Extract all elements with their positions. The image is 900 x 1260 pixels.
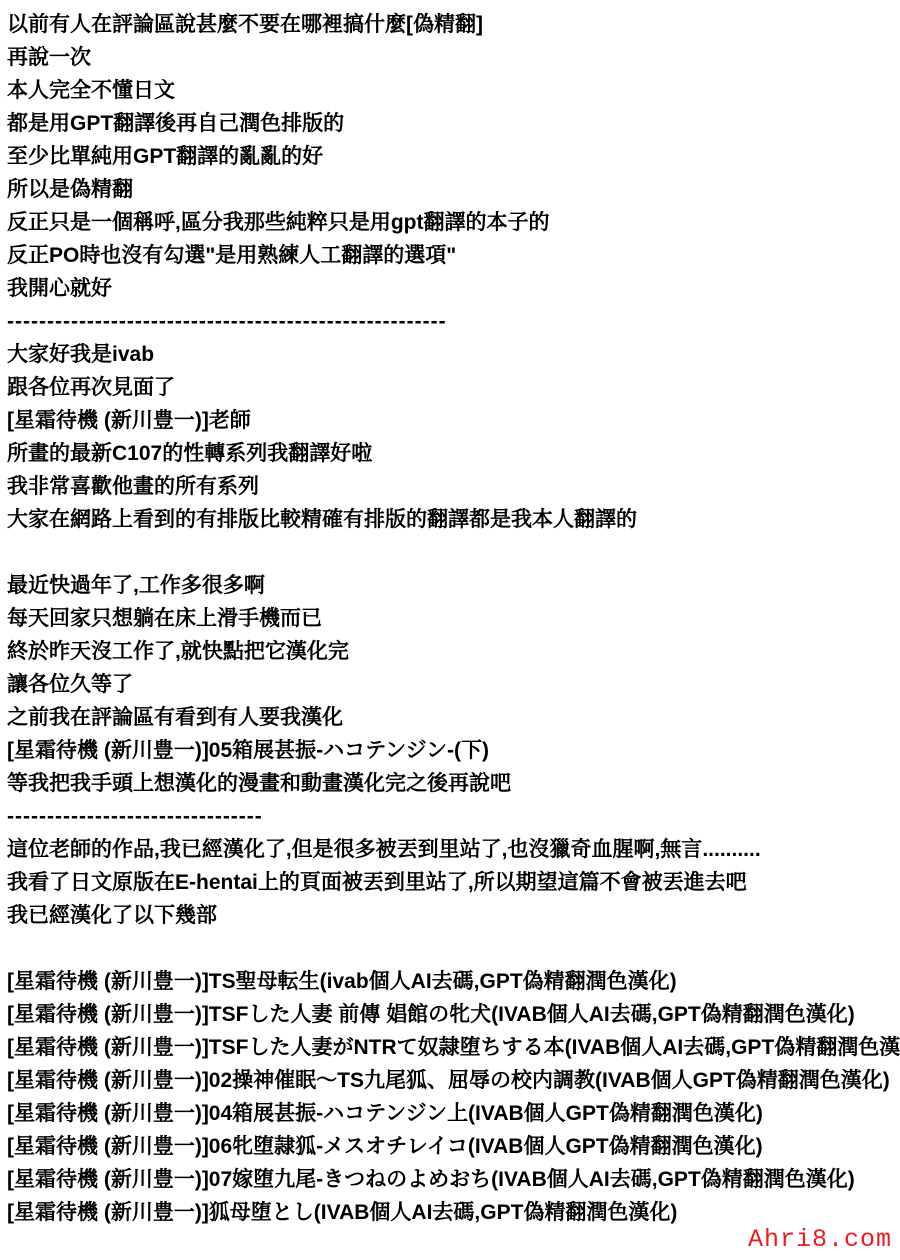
list-item: [星霜待機 (新川豊一)]07嫁堕九尾-きつねのよめおち(IVAB個人AI去碼,… [7,1163,896,1196]
text-line: 大家好我是ivab [7,338,896,371]
text-line: 至少比單純用GPT翻譯的亂亂的好 [7,140,896,173]
text-line: 本人完全不懂日文 [7,74,896,107]
text-line: 之前我在評論區有看到有人要我漢化 [7,701,896,734]
list-item: [星霜待機 (新川豊一)]06牝堕隷狐-メスオチレイコ(IVAB個人GPT偽精翻… [7,1130,896,1163]
text-line: 最近快過年了,工作多很多啊 [7,569,896,602]
text-line: 都是用GPT翻譯後再自己潤色排版的 [7,107,896,140]
separator-line: -------------------------------- [7,800,896,833]
list-item: [星霜待機 (新川豊一)]04箱展甚振-ハコテンジン上(IVAB個人GPT偽精翻… [7,1097,896,1130]
text-line: 我看了日文原版在E-hentai上的頁面被丟到里站了,所以期望這篇不會被丟進去吧 [7,866,896,899]
text-line: [星霜待機 (新川豊一)]05箱展甚振-ハコテンジン-(下) [7,734,896,767]
list-item: [星霜待機 (新川豊一)]02操神催眠～TS九尾狐、屈辱の校内調教(IVAB個人… [7,1064,896,1097]
text-line: 我非常喜歡他畫的所有系列 [7,470,896,503]
text-line: 反正PO時也沒有勾選"是用熟練人工翻譯的選項" [7,239,896,272]
text-line: 跟各位再次見面了 [7,371,896,404]
text-line: 再說一次 [7,41,896,74]
blank-line [7,536,896,569]
text-line: 大家在網路上看到的有排版比較精確有排版的翻譯都是我本人翻譯的 [7,503,896,536]
text-line: 這位老師的作品,我已經漢化了,但是很多被丟到里站了,也沒獵奇血腥啊,無言....… [7,833,896,866]
text-line: 以前有人在評論區說甚麼不要在哪裡搞什麼[偽精翻] [7,8,896,41]
text-line: 我已經漢化了以下幾部 [7,899,896,932]
text-line: 反正只是一個稱呼,區分我那些純粹只是用gpt翻譯的本子的 [7,206,896,239]
list-item: [星霜待機 (新川豊一)]TSFした人妻 前傳 娼館の牝犬(IVAB個人AI去碼… [7,998,896,1031]
separator-line: ----------------------------------------… [7,305,896,338]
list-item: [星霜待機 (新川豊一)]TS聖母転生(ivab個人AI去碼,GPT偽精翻潤色漢… [7,965,896,998]
blank-line [7,932,896,965]
text-line: 等我把我手頭上想漢化的漫畫和動畫漢化完之後再說吧 [7,767,896,800]
text-line: [星霜待機 (新川豊一)]老師 [7,404,896,437]
text-line: 所以是偽精翻 [7,173,896,206]
text-line: 終於昨天沒工作了,就快點把它漢化完 [7,635,896,668]
document-page: 以前有人在評論區說甚麼不要在哪裡搞什麼[偽精翻] 再說一次 本人完全不懂日文 都… [0,0,900,1260]
text-line: 我開心就好 [7,272,896,305]
text-line: 所畫的最新C107的性轉系列我翻譯好啦 [7,437,896,470]
text-block: 以前有人在評論區說甚麼不要在哪裡搞什麼[偽精翻] 再說一次 本人完全不懂日文 都… [7,8,896,1229]
list-item: [星霜待機 (新川豊一)]TSFした人妻がNTRて奴隷堕ちする本(IVAB個人A… [7,1031,896,1064]
text-line: 讓各位久等了 [7,668,896,701]
text-line: 每天回家只想躺在床上滑手機而已 [7,602,896,635]
watermark: Ahri8.com [748,1225,892,1254]
